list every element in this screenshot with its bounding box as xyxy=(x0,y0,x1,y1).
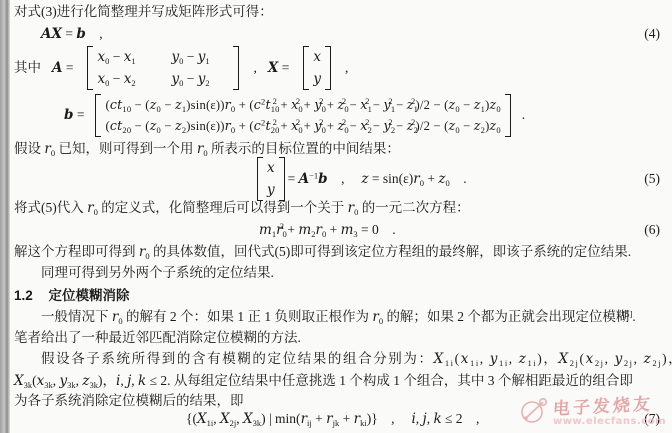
paragraph-combination-2: X3k(x3k, y3k, z3k)，i, j, k ≤ 2. 从每组定位结果中… xyxy=(14,372,664,390)
matrix-b-row: (ct10 − (z0 − z1)sin(ε))r0 + (c2t102 + x… xyxy=(105,96,500,114)
right-bracket xyxy=(233,46,239,89)
scan-edge-strip xyxy=(0,0,10,433)
vector-X-lhs: X = xyxy=(268,59,289,77)
left-bracket xyxy=(95,94,101,137)
matrix-b-row: (ct20 − (z0 − z2)sin(ε))r0 + (c2t202 + x… xyxy=(105,117,500,135)
equation-7-body: {(X1i, X2j, X3k) | min(rij + rjk + rki)}… xyxy=(14,410,479,428)
vector-X: x y xyxy=(303,46,331,89)
paragraph-ambiguity-2: 笔者给出了一种最近邻匹配消除定位模糊的方法. xyxy=(14,329,664,347)
left-bracket xyxy=(303,46,309,89)
equation-7-number: (7) xyxy=(644,410,660,428)
section-number: 1.2 xyxy=(14,288,33,303)
equation-b-definition: b = (ct10 − (z0 − z1)sin(ε))r0 + (c2t102… xyxy=(14,90,664,140)
paragraph-ambiguity-1: 一般情况下 r0 的解有 2 个：如果 1 正 1 负则取正根作为 r0 的解；… xyxy=(14,308,664,326)
equation-4-number: (4) xyxy=(644,25,660,43)
paragraph-likewise: 同理可得到另外两个子系统的定位结果. xyxy=(14,264,664,282)
equation-5-number: (5) xyxy=(644,170,660,188)
equation-6-number: (6) xyxy=(644,221,660,239)
scanned-paper-page: 对式(3)进行化简整理并写成矩阵形式可得： AX = b , (4) 其中 A … xyxy=(0,0,672,433)
matrix-A-cell: x0 − x2 xyxy=(97,70,155,88)
matrix-A-cell: y0 − y1 xyxy=(171,48,229,66)
equation-6: m1r02 + m2r0 + m3 = 0 . (6) xyxy=(14,219,664,241)
vector-xy-cell: y xyxy=(267,181,275,199)
paragraph-substitute: 将式(5)代入 r0 的定义式，化简整理后可以得到一个关于 r0 的一元二次方程… xyxy=(14,199,664,217)
equation-4: AX = b , (4) xyxy=(14,24,664,44)
equation-6-body: m1r02 + m2r0 + m3 = 0 . xyxy=(14,221,396,239)
separator-comma: , xyxy=(253,59,256,77)
paragraph-solve: 解这个方程即可得到 r0 的具体数值，回代式(5)即可得到该定位方程组的最终解，… xyxy=(14,243,664,261)
matrix-b-period: . xyxy=(522,106,525,124)
right-bracket xyxy=(279,157,285,200)
left-bracket xyxy=(257,157,263,200)
left-bracket xyxy=(87,46,93,89)
paragraph-combination-1: 假设各子系统所得到的含有模糊的定位结果的组合分别为：X1i(x1i, y1i, … xyxy=(14,350,664,368)
matrix-b-lhs: b = xyxy=(64,106,84,124)
matrix-A-lhs: A = xyxy=(52,59,73,77)
matrix-b: (ct10 − (z0 − z1)sin(ε))r0 + (c2t102 + x… xyxy=(95,94,510,137)
paragraph-assume: 假设 r0 已知，则可得到一个用 r0 所表示的目标位置的中间结果： xyxy=(14,140,664,158)
matrix-A-cell: y0 − y2 xyxy=(171,70,229,88)
matrix-A-cell: x0 − x1 xyxy=(97,48,155,66)
matrix-A: x0 − x1 y0 − y1 x0 − x2 y0 − y2 xyxy=(87,46,239,89)
definition-row: 其中 A = x0 − x1 y0 − y1 x0 − x2 y0 − y2 ,… xyxy=(14,46,664,90)
section-heading: 1.2 定位模糊消除 xyxy=(14,287,664,305)
vector-X-cell: y xyxy=(313,70,321,88)
right-bracket xyxy=(325,46,331,89)
equation-4-body: AX = b , xyxy=(14,25,103,43)
section-title: 定位模糊消除 xyxy=(49,288,130,303)
equation-7: {(X1i, X2j, X3k) | min(rij + rjk + rki)}… xyxy=(14,407,664,431)
equation-5: x y = A−1b , z = sin(ε)r0 + z0 . (5) xyxy=(14,158,664,200)
paragraph-intro: 对式(3)进行化简整理并写成矩阵形式可得： xyxy=(14,3,664,21)
vector-xy: x y xyxy=(257,157,285,200)
separator-comma: , xyxy=(345,59,348,77)
right-bracket xyxy=(505,94,511,137)
vector-xy-cell: x xyxy=(267,159,275,177)
equation-5-body: = A−1b , z = sin(ε)r0 + z0 . xyxy=(288,170,467,188)
where-prefix: 其中 xyxy=(14,59,41,77)
vector-X-cell: x xyxy=(313,48,321,66)
